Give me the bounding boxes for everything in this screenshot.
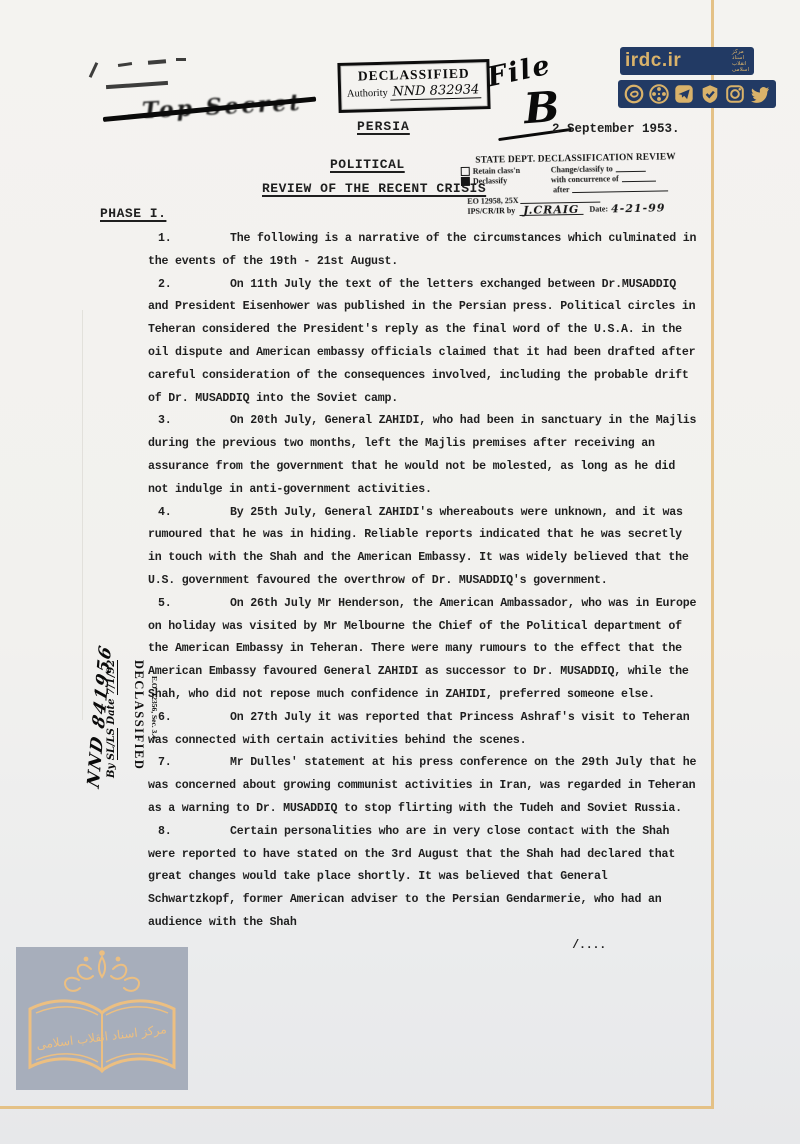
- document-paragraph: 5.On 26th July Mr Henderson, the America…: [148, 593, 702, 707]
- declassify-option-label: Declassify: [473, 175, 551, 185]
- document-paragraph: 3.On 20th July, General ZAHIDI, who had …: [148, 410, 702, 501]
- authority-handwritten-number: NND 832934: [390, 82, 481, 100]
- concurrence-label: with concurrence of: [551, 174, 619, 184]
- blank-line: [572, 183, 668, 193]
- reviewer-signature: J.CRAIG: [519, 205, 583, 216]
- archive-watermark-block: مرکز اسناد انقلاب اسلامی: [16, 947, 188, 1090]
- paragraph-text: The following is a narrative of the circ…: [148, 232, 696, 268]
- document-paragraph: 7.Mr Dulles' statement at his press conf…: [148, 752, 702, 820]
- document-title: POLITICAL: [330, 157, 405, 172]
- pencil-mark: [118, 62, 132, 67]
- paragraph-number: 5.: [158, 593, 230, 616]
- side-declassified-stamp-title: DECLASSIFIED: [131, 660, 146, 770]
- page-crease-line: [82, 310, 83, 720]
- social-icons-bar: [618, 80, 776, 108]
- pencil-mark: [148, 59, 166, 65]
- paragraph-number: 4.: [158, 502, 230, 525]
- review-date-handwritten: 4-21-99: [611, 203, 666, 213]
- page-continuation-mark: /....: [148, 935, 702, 958]
- paragraph-text: On 11th July the text of the letters exc…: [148, 278, 695, 405]
- document-body: 1.The following is a narrative of the ci…: [148, 228, 702, 958]
- paragraph-number: 8.: [158, 821, 230, 844]
- paragraph-list: 1.The following is a narrative of the ci…: [148, 228, 702, 935]
- paragraph-number: 1.: [158, 228, 230, 251]
- declassified-stamp-box: DECLASSIFIED Authority NND 832934: [337, 59, 490, 113]
- paragraph-text: By 25th July, General ZAHIDI's whereabou…: [148, 506, 689, 587]
- eitaa-icon[interactable]: [623, 83, 645, 105]
- side-stamp-eo-line: E.O. 12356, Sec. 3.4: [150, 676, 159, 739]
- document-paragraph: 1.The following is a narrative of the ci…: [148, 228, 702, 274]
- irdc-logo-box[interactable]: irdc.ir مرکز اسناد انقلاب اسلامی: [620, 47, 754, 75]
- instagram-icon[interactable]: [724, 83, 746, 105]
- pencil-mark: [106, 81, 168, 89]
- paragraph-text: On 26th July Mr Henderson, the American …: [148, 597, 696, 701]
- retain-checkbox: [461, 167, 470, 176]
- document-subtitle: REVIEW OF THE RECENT CRISIS: [262, 181, 486, 196]
- state-dept-review-stamp: STATE DEPT. DECLASSIFICATION REVIEW Reta…: [456, 152, 695, 217]
- paragraph-number: 3.: [158, 410, 230, 433]
- pencil-mark: [89, 62, 98, 78]
- paragraph-text: On 20th July, General ZAHIDI, who had be…: [148, 414, 696, 495]
- irdc-persian-caption: مرکز اسناد انقلاب اسلامی: [732, 49, 749, 73]
- paragraph-text: Mr Dulles' statement at his press confer…: [148, 756, 696, 815]
- document-paragraph: 6.On 27th July it was reported that Prin…: [148, 707, 702, 753]
- aparat-icon[interactable]: [648, 83, 670, 105]
- after-label: after: [553, 185, 570, 194]
- paragraph-number: 2.: [158, 274, 230, 297]
- office-label: IPS/CR/IR by: [467, 206, 515, 216]
- document-paragraph: 8.Certain personalities who are in very …: [148, 821, 702, 935]
- twitter-icon[interactable]: [749, 83, 771, 105]
- review-date-label: Date:: [589, 204, 608, 213]
- blank-line: [622, 174, 656, 183]
- paragraph-number: 6.: [158, 707, 230, 730]
- telegram-icon[interactable]: [673, 83, 695, 105]
- scanned-document-page: Top Secret DECLASSIFIED Authority NND 83…: [0, 0, 800, 1144]
- side-stamp-by-date-line: By SL/LS Date 7/1/92: [106, 660, 117, 778]
- paragraph-number: 7.: [158, 752, 230, 775]
- document-paragraph: 4.By 25th July, General ZAHIDI's whereab…: [148, 502, 702, 593]
- phase-heading: PHASE I.: [100, 206, 166, 221]
- pencil-mark: [176, 58, 186, 61]
- document-paragraph: 2.On 11th July the text of the letters e…: [148, 274, 702, 411]
- declassify-checkbox: [461, 177, 470, 186]
- retain-option-label: Retain class'n: [473, 165, 551, 175]
- change-classify-label: Change/classify to: [551, 164, 613, 174]
- document-country-heading: PERSIA: [357, 119, 410, 134]
- document-date: 2 September 1953.: [552, 122, 680, 136]
- bale-icon[interactable]: [699, 83, 721, 105]
- blank-line: [616, 164, 646, 173]
- eo-line-label: EO 12958, 25X: [467, 196, 518, 206]
- authority-label: Authority: [347, 88, 388, 100]
- open-book-logo: مرکز اسناد انقلاب اسلامی: [16, 947, 188, 1090]
- irdc-site-label[interactable]: irdc.ir: [625, 50, 681, 72]
